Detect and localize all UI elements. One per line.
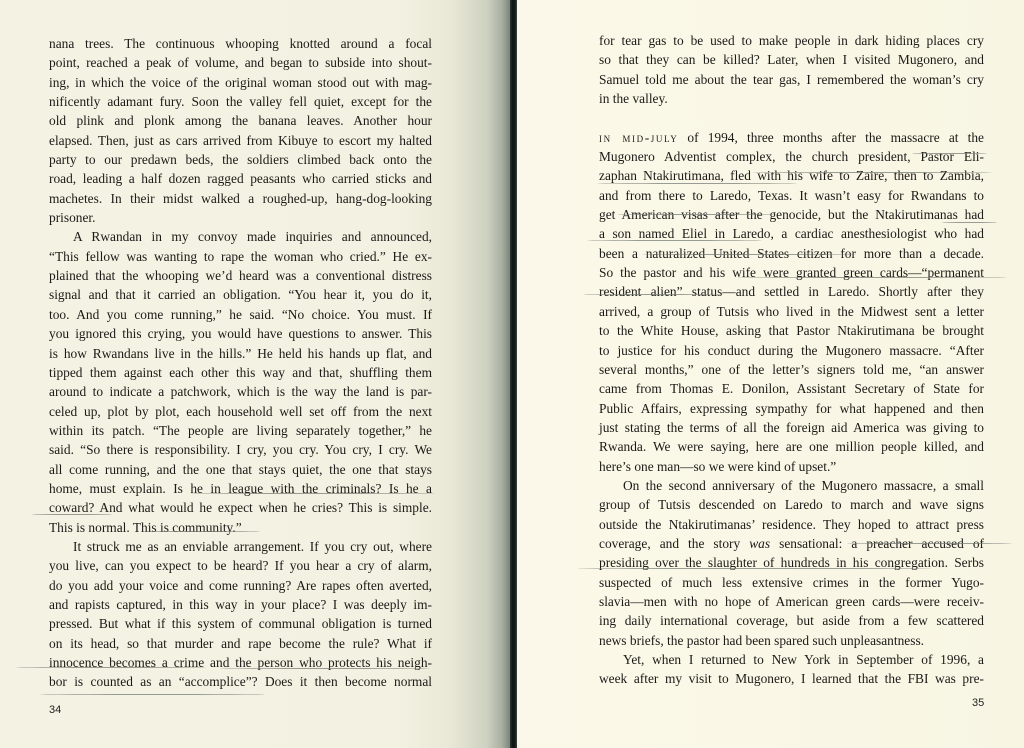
text-fragment: coverage, and the story [599,536,749,551]
page-number: 34 [49,704,61,716]
text-line: old plink and plonk among the banana lea… [49,111,432,130]
text-line: and from there to Laredo, Texas. It wasn… [599,186,984,205]
right-page-text: for tear gas to be used to make people i… [599,31,984,689]
text-line: Mugonero Adventist complex, the church p… [599,147,984,166]
text-line: for tear gas to be used to make people i… [599,31,984,50]
text-line: road, leading a half dozen ragged peasan… [49,169,432,188]
text-line: So the pastor and his wife were granted … [599,263,984,282]
paragraph-start-line: It struck me as an enviable arrangement.… [49,537,432,556]
paragraph-start-line: Yet, when I returned to New York in Sept… [599,650,984,669]
text-line: signal and that it carried an obligation… [49,285,432,304]
text-line: pressed. But what if this system of comm… [49,614,432,633]
left-page: nana trees. The continuous whooping knot… [0,0,512,748]
text-line: party to our predawn beds, the soldiers … [49,150,432,169]
text-line: point, reached a peak of volume, and beg… [49,53,432,72]
text-line: Public Affairs, expressing sympathy for … [599,399,984,418]
text-line: Samuel told me about the tear gas, I rem… [599,70,984,89]
text-line: resident alien” status—and settled in La… [599,282,984,301]
text-line: do you add your voice and come running? … [49,576,432,595]
text-line: innocence becomes a crime and the person… [49,653,432,672]
text-line: prisoner. [49,208,432,227]
pencil-underline [617,214,777,215]
section-break [599,108,984,127]
pencil-underline [140,531,260,532]
text-line: you live, can you expect to be heard? If… [49,556,432,575]
text-line: group of Tutsis descended on Laredo to m… [599,495,984,514]
pencil-underline [583,294,723,295]
text-line: came from Thomas E. Donilon, Assistant S… [599,379,984,398]
paragraph-start-line: A Rwandan in my convoy made inquiries an… [49,227,432,246]
pencil-underline [587,240,762,241]
text-line: to the White House, asking that Pastor N… [599,321,984,340]
pencil-underline [220,668,430,669]
text-line: presiding over the slaughter of hundreds… [599,553,984,572]
text-line: arrived, a group of Tutsis who lived in … [599,302,984,321]
text-line: news briefs, the pastor had been spared … [599,631,984,650]
text-line: celed up, plot by plot, each household w… [49,402,432,421]
pencil-underline [40,694,265,695]
text-line: slavia—men with no hope of American gree… [599,592,984,611]
text-line: several months,” one of the letter’s sig… [599,360,984,379]
text-line: ing, in which the voice of the original … [49,73,432,92]
text-line: week after my visit to Mugonero, I learn… [599,669,984,688]
pencil-underline [942,222,997,223]
text-line: within its patch. “The people are living… [49,421,432,440]
section-opening-smallcaps: IN MID-JULY [599,130,678,145]
text-line: too. And you come running,” he said. “No… [49,305,432,324]
text-line: bor is counted as an “accomplice”? Does … [49,672,432,691]
pencil-underline [642,254,857,255]
text-line: home, must explain. Is he in league with… [49,479,432,498]
text-line: around to indicate a patchwork, which is… [49,382,432,401]
page-number: 35 [972,697,984,709]
text-line: ing daily international coverage, but as… [599,611,984,630]
pencil-underline [752,172,992,173]
right-page: for tear gas to be used to make people i… [517,0,1024,748]
text-line: machetes. In their midst walked a roughe… [49,189,432,208]
text-line: nana trees. The continuous whooping knot… [49,34,432,53]
text-line: you ignored this crying, you would have … [49,324,432,343]
text-line: here’s one man—so we were kind of upset.… [599,457,984,476]
pencil-underline [912,153,987,154]
pencil-underline [847,543,1012,544]
text-line: nificently adamant fury. Soon the valley… [49,92,432,111]
pencil-underline [16,667,206,668]
text-line: in the valley. [599,89,984,108]
book-spine [510,0,517,748]
paragraph-start-line: On the second anniversary of the Mugoner… [599,476,984,495]
text-line: “This fellow was wanting to rape the wom… [49,247,432,266]
pencil-underline [737,277,1007,278]
text-line: and rapists captured, in this way in you… [49,595,432,614]
text-line: is how Rwandans live in the hills.” He h… [49,344,432,363]
text-line: so that they can be killed? Later, when … [599,50,984,69]
text-line: just stating the terms of all the foreig… [599,418,984,437]
pencil-underline [577,568,932,569]
left-page-text: nana trees. The continuous whooping knot… [49,34,432,692]
section-opening-line: IN MID-JULY of 1994, three months after … [599,128,984,147]
text-line: outside the Ntakirutimanas’ residence. T… [599,515,984,534]
text-line: plained that the whooping we’d heard was… [49,266,432,285]
text-line: elapsed. Then, just as cars arrived from… [49,131,432,150]
text-line: said. “So there is responsibility. I cry… [49,440,432,459]
text-line: This is normal. This is community.” [49,518,432,537]
italic-emphasis: was [749,536,770,551]
text-line: Rwanda. We were saying, here are one mil… [599,437,984,456]
book-spread: nana trees. The continuous whooping knot… [0,0,1024,748]
text-fragment: of 1994, three months after the massacre… [678,130,984,145]
pencil-underline [32,514,112,515]
text-line: on its head, so that murder and rape bec… [49,634,432,653]
pencil-underline [597,183,797,184]
text-line: all come running, and the one that stays… [49,460,432,479]
text-line: to justice for his conduct during the Mu… [599,341,984,360]
text-line: suspected of much less extensive crimes … [599,573,984,592]
text-line: tipped them against each other this way … [49,363,432,382]
